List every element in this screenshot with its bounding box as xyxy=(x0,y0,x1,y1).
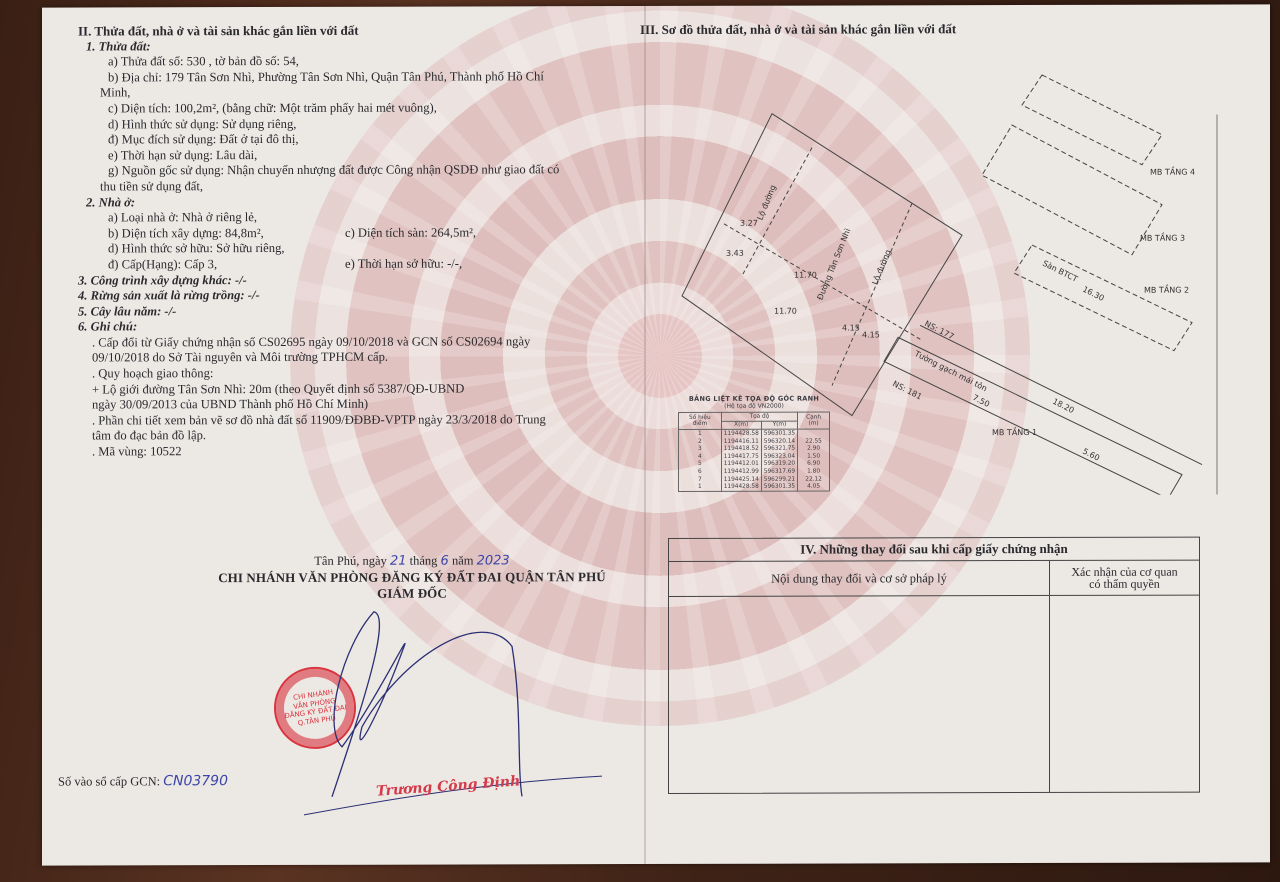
coord-row: 31194418.52596321.752.90 xyxy=(679,445,830,453)
coord-row: 41194417.75596323.041.50 xyxy=(679,453,830,461)
registry-label: Số vào sổ cấp GCN: xyxy=(58,774,160,788)
coord-cell-point: 1 xyxy=(679,430,722,438)
dim-1170b: 11.70 xyxy=(774,307,797,316)
header-point: Số hiệu điểm xyxy=(679,412,722,429)
coord-cell-point: 1 xyxy=(679,483,722,491)
dim-415b: 4.15 xyxy=(842,323,860,332)
label-wall: Tường gạch mái tôn xyxy=(912,348,989,394)
dim-327: 3.27 xyxy=(740,219,758,228)
label-street: Đường Tân Sơn Nhì xyxy=(815,227,853,301)
land-heading: 1. Thửa đất: xyxy=(78,38,638,55)
corner-coordinates-table: BẢNG LIỆT KÊ TỌA ĐỘ GÓC RANH (Hệ tọa độ … xyxy=(678,395,830,492)
coord-cell-x: 1194425.14 xyxy=(721,475,761,483)
sign-year-label: năm xyxy=(452,553,474,567)
coord-cell-point: 3 xyxy=(679,445,722,453)
perennial-trees: 5. Cây lâu năm: -/- xyxy=(78,303,638,320)
coord-cell-x: 1194418.52 xyxy=(721,445,761,453)
sign-day: 21 xyxy=(390,554,407,569)
coord-table-subtitle: (Hệ tọa độ VN2000) xyxy=(678,403,830,410)
note-line: . Quy hoạch giao thông: xyxy=(78,365,638,382)
house-ownership-term: e) Thời hạn sở hữu: -/-, xyxy=(345,256,462,272)
dim-750: 7.50 xyxy=(971,393,991,409)
note-line: ngày 30/09/2013 của UBND Thành phố Hồ Ch… xyxy=(78,396,638,413)
coord-cell-edge: 1.50 xyxy=(798,453,830,461)
land-area: c) Diện tích: 100,2m², (bằng chữ: Một tr… xyxy=(78,100,638,117)
issuing-office: CHI NHÁNH VĂN PHÒNG ĐĂNG KÝ ĐẤT ĐAI QUẬN… xyxy=(182,569,642,586)
header-edge: Cạnh (m) xyxy=(798,412,830,429)
signature-block: Tân Phú, ngày 21 tháng 6 năm 2023 CHI NH… xyxy=(182,552,642,602)
house-ownership: d) Hình thức sở hữu: Sở hữu riêng, xyxy=(78,240,638,257)
dim-1630: 16.30 xyxy=(1081,285,1105,303)
coord-cell-point: 7 xyxy=(679,476,722,484)
land-use-term: e) Thời hạn sử dụng: Lâu dài, xyxy=(78,147,638,164)
changes-col-content: Nội dung thay đổi và cơ sở pháp lý xyxy=(669,561,1050,596)
coord-cell-edge: 1.80 xyxy=(798,468,830,476)
notes-list: . Cấp đổi từ Giấy chứng nhận số CS02695 … xyxy=(78,334,638,460)
notes-heading: 6. Ghi chú: xyxy=(78,318,638,335)
label-floor-3: MB TẦNG 3 xyxy=(1140,231,1185,243)
section-ii: II. Thửa đất, nhà ở và tài sản khác gắn … xyxy=(78,22,638,460)
header-coord: Tọa độ xyxy=(721,412,797,421)
house-heading: 2. Nhà ở: xyxy=(78,194,638,211)
header-x: X(m) xyxy=(721,421,761,430)
coord-cell-x: 1194428.58 xyxy=(721,483,761,491)
coord-row: 71194425.14596299.2122.12 xyxy=(679,475,830,483)
sign-month-label: tháng xyxy=(410,554,438,568)
note-line: . Phần chi tiết xem bản vẽ sơ đồ nhà đất… xyxy=(78,412,638,429)
coord-cell-x: 1194428.58 xyxy=(721,429,761,437)
label-ns181: NS: 181 xyxy=(891,379,923,401)
house-build-area: b) Diện tích xây dựng: 84,8m², xyxy=(108,226,345,242)
changes-col-confirmation: Xác nhận của cơ quancó thẩm quyền xyxy=(1050,561,1199,595)
note-line: tâm đo đạc bản đồ lập. xyxy=(78,427,638,444)
dim-560: 5.60 xyxy=(1081,447,1101,463)
section-iii-title: III. Sơ đồ thửa đất, nhà ở và tài sản kh… xyxy=(640,21,956,38)
section-ii-title: II. Thửa đất, nhà ở và tài sản khác gắn … xyxy=(78,22,638,39)
sign-month: 6 xyxy=(441,554,449,569)
coord-cell-edge: 4.05 xyxy=(798,483,830,491)
certificate-sheet: II. Thửa đất, nhà ở và tài sản khác gắn … xyxy=(42,4,1270,865)
coord-cell-point: 2 xyxy=(679,438,722,446)
land-parcel-number: a) Thửa đất số: 530 , tờ bản đồ số: 54, xyxy=(78,53,638,70)
label-floor-1: MB TẦNG 1 xyxy=(992,425,1037,437)
label-floor-2: MB TẦNG 2 xyxy=(1144,283,1189,295)
coord-cell-point: 5 xyxy=(679,460,722,468)
label-san-btct: Sàn BTCT xyxy=(1041,259,1079,284)
coord-cell-y: 596301.35 xyxy=(761,483,797,491)
coord-cell-edge xyxy=(798,429,830,437)
coord-cell-point: 4 xyxy=(679,453,722,461)
land-use-purpose: đ) Mục đích sử dụng: Đất ở tại đô thị, xyxy=(78,131,638,148)
section-iv-title: IV. Những thay đổi sau khi cấp giấy chứn… xyxy=(669,538,1199,562)
coord-row: 11194428.58596301.354.05 xyxy=(679,483,830,491)
land-address-cont: Minh, xyxy=(78,84,638,101)
signer-name: Trương Công Định xyxy=(376,773,521,799)
sign-place: Tân Phú, ngày xyxy=(314,554,387,568)
coord-cell-x: 1194412.99 xyxy=(721,468,761,476)
coord-row: 51194412.01596319.206.90 xyxy=(679,460,830,468)
coord-cell-y: 596319.20 xyxy=(761,460,797,468)
signer-role: GIÁM ĐỐC xyxy=(182,585,642,602)
coord-cell-x: 1194417.75 xyxy=(721,453,761,461)
page-fold xyxy=(644,6,646,864)
coord-row: 61194412.99596317.691.80 xyxy=(679,468,830,476)
coord-cell-edge: 22.55 xyxy=(798,437,830,445)
coord-table-title: BẢNG LIỆT KÊ TỌA ĐỘ GÓC RANH xyxy=(678,395,830,403)
header-y: Y(m) xyxy=(761,421,797,430)
house-type: a) Loại nhà ở: Nhà ở riêng lẻ, xyxy=(78,209,638,226)
dim-1820: 18.20 xyxy=(1051,397,1075,415)
changes-content-cell xyxy=(669,596,1050,793)
coord-cell-y: 596317.69 xyxy=(761,468,797,476)
label-ns177: NS: 177 xyxy=(923,319,955,341)
dim-1170a: 11.70 xyxy=(794,271,817,280)
sign-year: 2023 xyxy=(477,553,510,568)
land-use-form: d) Hình thức sử dụng: Sử dụng riêng, xyxy=(78,116,638,133)
col2-line2: có thẩm quyền xyxy=(1089,577,1160,591)
changes-table: IV. Những thay đổi sau khi cấp giấy chứn… xyxy=(668,537,1200,794)
house-grade: đ) Cấp(Hạng): Cấp 3, xyxy=(108,257,345,273)
coord-cell-y: 596301.35 xyxy=(761,429,797,437)
dim-415a: 4.15 xyxy=(862,330,880,339)
note-line: . Mã vùng: 10522 xyxy=(78,443,638,460)
note-line: . Cấp đổi từ Giấy chứng nhận số CS02695 … xyxy=(78,334,638,351)
coord-cell-edge: 22.12 xyxy=(798,475,830,483)
land-address: b) Địa chỉ: 179 Tân Sơn Nhì, Phường Tân … xyxy=(78,69,638,86)
coord-cell-edge: 2.90 xyxy=(798,445,830,453)
coord-cell-x: 1194416.11 xyxy=(721,438,761,446)
other-construction: 3. Công trình xây dựng khác: -/- xyxy=(78,272,638,289)
coord-cell-y: 596321.75 xyxy=(761,445,797,453)
registry-number: Số vào sổ cấp GCN: CN03790 xyxy=(58,773,228,789)
label-road-margin-2: Lộ đường xyxy=(870,248,893,286)
coord-cell-x: 1194412.01 xyxy=(721,460,761,468)
note-line: + Lộ giới đường Tân Sơn Nhì: 20m (theo Q… xyxy=(78,381,638,398)
land-use-origin: g) Nguồn gốc sử dụng: Nhận chuyển nhượng… xyxy=(78,162,638,179)
coord-cell-edge: 6.90 xyxy=(798,460,830,468)
coord-cell-y: 596299.21 xyxy=(761,475,797,483)
dim-343: 3.43 xyxy=(726,249,744,258)
coord-cell-y: 596323.04 xyxy=(761,453,797,461)
coord-row: 21194416.11596320.1422.55 xyxy=(679,437,830,445)
coord-cell-y: 596320.14 xyxy=(761,437,797,445)
coord-cell-point: 6 xyxy=(679,468,722,476)
registry-value: CN03790 xyxy=(163,773,228,789)
label-floor-4: MB TẦNG 4 xyxy=(1150,165,1195,177)
note-line: 09/10/2018 do Sở Tài nguyên và Môi trườn… xyxy=(78,350,638,367)
house-floor-area: c) Diện tích sàn: 264,5m², xyxy=(345,225,476,241)
red-seal-stamp: CHI NHÁNH VĂN PHÒNG ĐĂNG KÝ ĐẤT ĐAI Q.TÂ… xyxy=(269,661,362,754)
land-use-origin-cont: thu tiền sử dụng đất, xyxy=(78,178,638,195)
production-forest: 4. Rừng sản xuất là rừng trồng: -/- xyxy=(78,287,638,304)
